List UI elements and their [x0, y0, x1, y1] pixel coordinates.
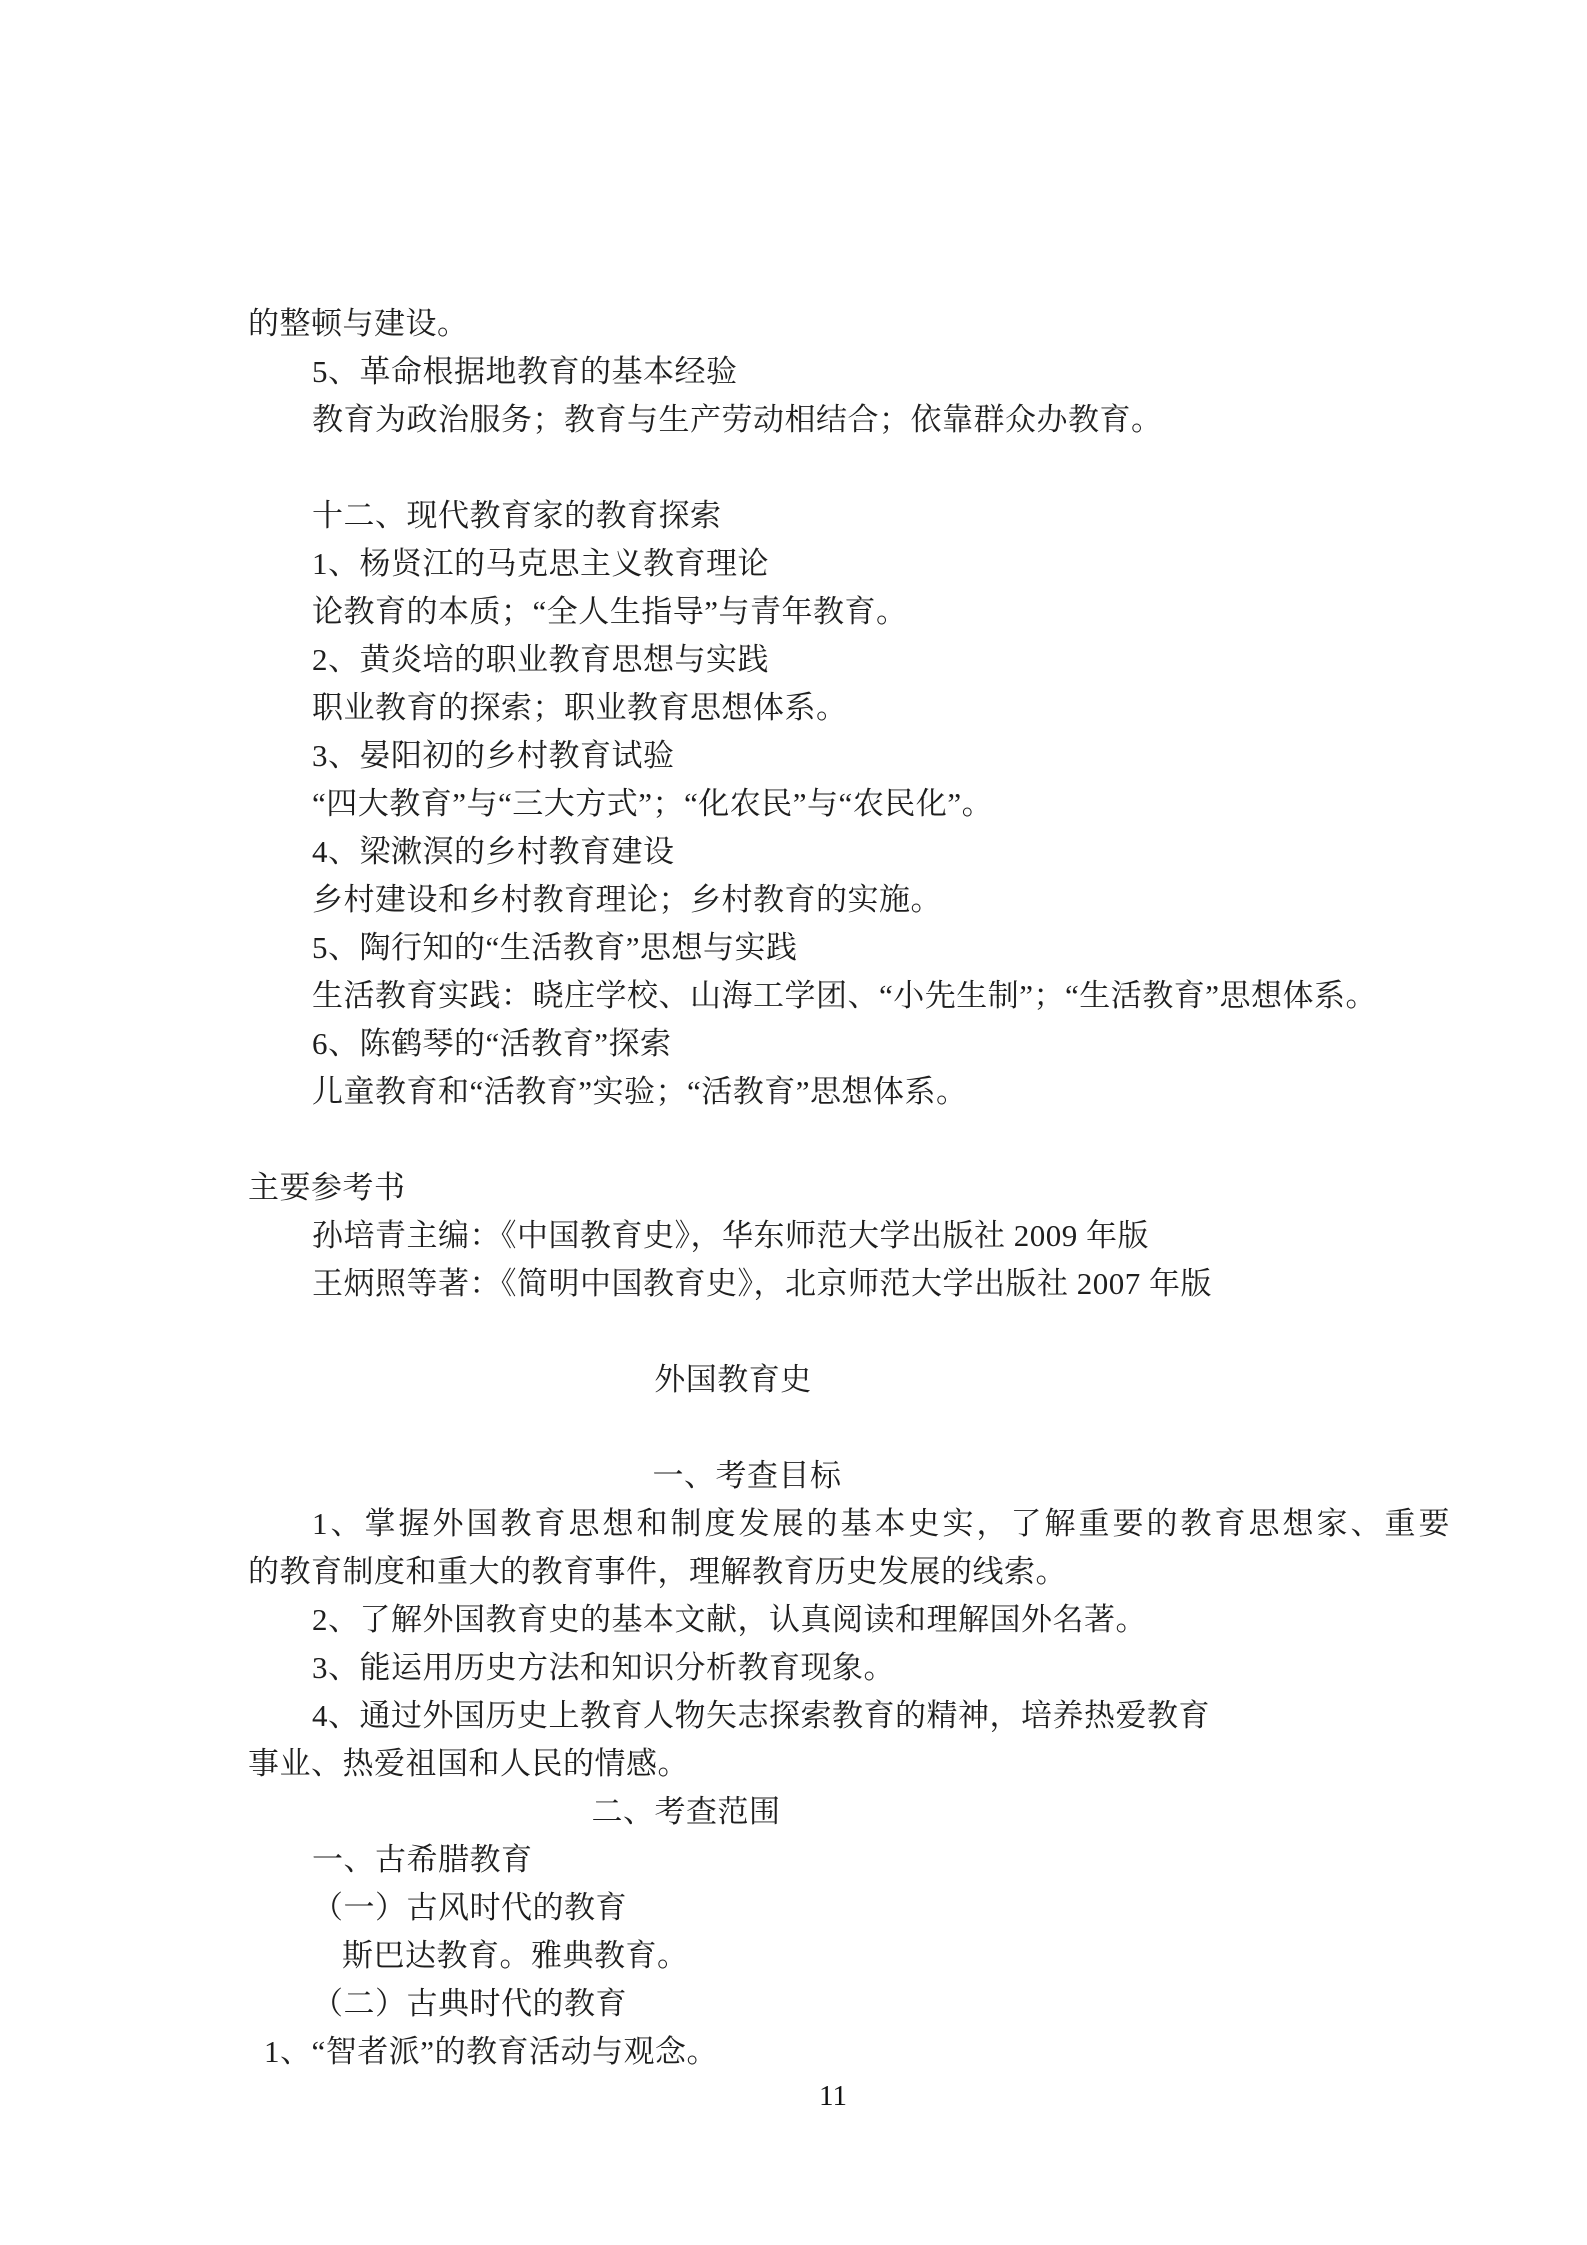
text-line: 乡村建设和乡村教育理论；乡村教育的实施。 — [248, 876, 1418, 924]
text-line: 职业教育的探索；职业教育思想体系。 — [248, 684, 1418, 732]
text-line: （一）古风时代的教育 — [248, 1884, 1418, 1932]
text-line: “四大教育”与“三大方式”；“化农民”与“农民化”。 — [248, 780, 1418, 828]
text-line: 生活教育实践：晓庄学校、山海工学团、“小先生制”；“生活教育”思想体系。 — [248, 972, 1418, 1020]
page-number: 11 — [248, 2072, 1418, 2120]
text-line: 4、通过外国历史上教育人物矢志探索教育的精神，培养热爱教育 — [248, 1692, 1418, 1740]
text-line: 6、陈鹤琴的“活教育”探索 — [248, 1020, 1418, 1068]
text-line: 主要参考书 — [248, 1164, 1418, 1212]
text-line: 事业、热爱祖国和人民的情感。 — [248, 1740, 1418, 1788]
document-body: 的整顿与建设。5、革命根据地教育的基本经验教育为政治服务；教育与生产劳动相结合；… — [248, 300, 1418, 2076]
text-line: 论教育的本质；“全人生指导”与青年教育。 — [248, 588, 1418, 636]
text-line: 5、革命根据地教育的基本经验 — [248, 348, 1418, 396]
text-line: 的教育制度和重大的教育事件，理解教育历史发展的线索。 — [248, 1548, 1418, 1596]
text-line: 2、了解外国教育史的基本文献，认真阅读和理解国外名著。 — [248, 1596, 1418, 1644]
blank-line — [248, 1404, 1418, 1452]
text-line: 斯巴达教育。雅典教育。 — [248, 1932, 1418, 1980]
text-line: 5、陶行知的“生活教育”思想与实践 — [248, 924, 1418, 972]
text-line: （二）古典时代的教育 — [248, 1980, 1418, 2028]
text-line: 二、考查范围 — [248, 1788, 1418, 1836]
blank-line — [248, 1116, 1418, 1164]
text-line: 4、梁漱溟的乡村教育建设 — [248, 828, 1418, 876]
text-line: 教育为政治服务；教育与生产劳动相结合；依靠群众办教育。 — [248, 396, 1418, 444]
text-line: 1、“智者派”的教育活动与观念。 — [248, 2028, 1418, 2076]
blank-line — [248, 444, 1418, 492]
text-line: 3、能运用历史方法和知识分析教育现象。 — [248, 1644, 1418, 1692]
text-line: 一、考查目标 — [248, 1452, 1418, 1500]
text-line: 1、掌握外国教育思想和制度发展的基本史实，了解重要的教育思想家、重要 — [248, 1500, 1418, 1548]
text-line: 十二、现代教育家的教育探索 — [248, 492, 1418, 540]
text-line: 1、杨贤江的马克思主义教育理论 — [248, 540, 1418, 588]
text-line: 3、晏阳初的乡村教育试验 — [248, 732, 1418, 780]
text-line: 一、古希腊教育 — [248, 1836, 1418, 1884]
text-line: 孙培青主编：《中国教育史》，华东师范大学出版社 2009 年版 — [248, 1212, 1418, 1260]
text-line: 儿童教育和“活教育”实验；“活教育”思想体系。 — [248, 1068, 1418, 1116]
blank-line — [248, 1308, 1418, 1356]
document-page: 的整顿与建设。5、革命根据地教育的基本经验教育为政治服务；教育与生产劳动相结合；… — [0, 0, 1587, 2245]
text-line: 2、黄炎培的职业教育思想与实践 — [248, 636, 1418, 684]
text-line: 王炳照等著：《简明中国教育史》，北京师范大学出版社 2007 年版 — [248, 1260, 1418, 1308]
text-line: 的整顿与建设。 — [248, 300, 1418, 348]
text-line: 外国教育史 — [248, 1356, 1418, 1404]
